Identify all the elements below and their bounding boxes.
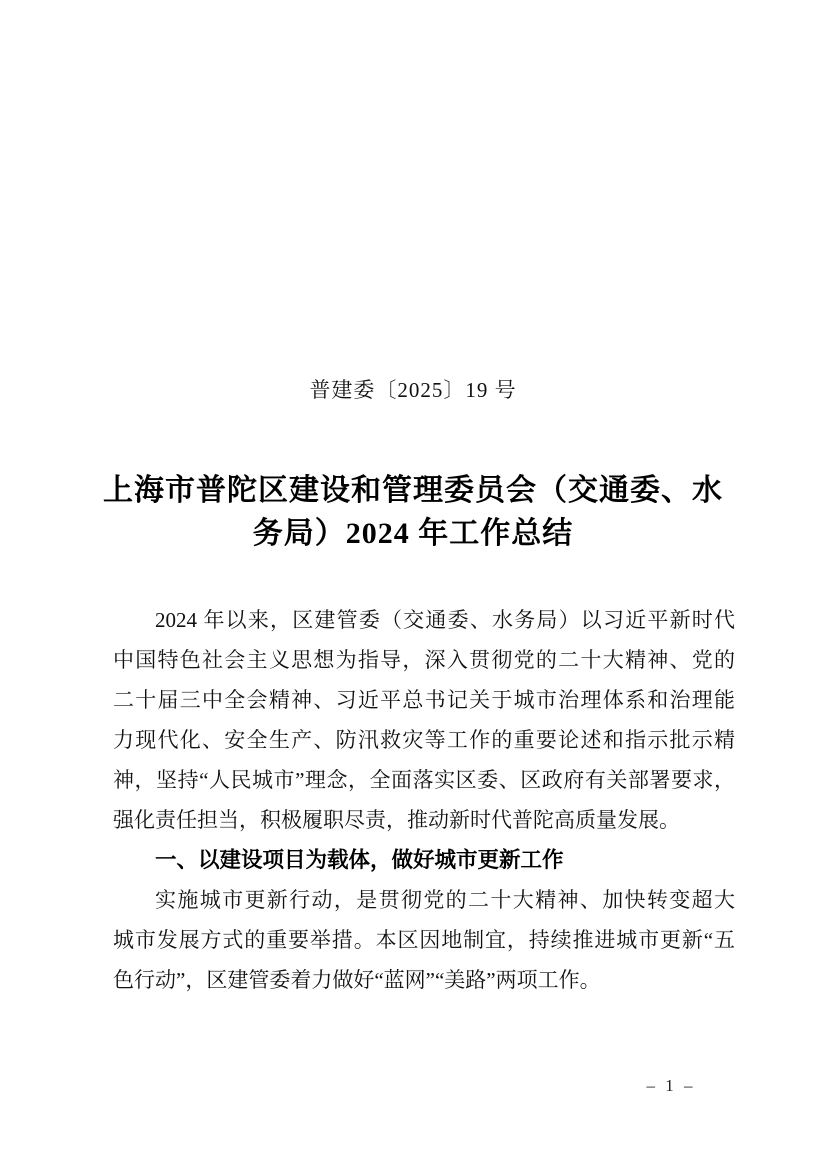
- paragraph2-line: 实施城市更新行动，是贯彻党的二十大精神、加快转变超大: [113, 880, 735, 920]
- document-number: 普建委〔2025〕19 号: [0, 377, 826, 403]
- paragraph1-line: 神，坚持“人民城市”理念，全面落实区委、区政府有关部署要求，: [113, 760, 735, 800]
- page-number: – 1 –: [628, 1074, 714, 1098]
- paragraph1-line: 二十届三中全会精神、习近平总书记关于城市治理体系和治理能: [113, 680, 735, 720]
- section-heading-1: 一、以建设项目为载体，做好城市更新工作: [113, 840, 735, 880]
- paragraph2-line: 色行动”，区建管委着力做好“蓝网”“美路”两项工作。: [113, 960, 735, 1000]
- document-title: 上海市普陀区建设和管理委员会（交通委、水 务局）2024 年工作总结: [93, 469, 733, 555]
- document-title-line1: 上海市普陀区建设和管理委员会（交通委、水: [93, 469, 733, 512]
- paragraph1-line: 强化责任担当，积极履职尽责，推动新时代普陀高质量发展。: [113, 800, 735, 840]
- document-page: 普建委〔2025〕19 号 上海市普陀区建设和管理委员会（交通委、水 务局）20…: [0, 0, 826, 1169]
- paragraph1-line: 中国特色社会主义思想为指导，深入贯彻党的二十大精神、党的: [113, 640, 735, 680]
- paragraph1-line: 力现代化、安全生产、防汛救灾等工作的重要论述和指示批示精: [113, 720, 735, 760]
- document-body: 2024 年以来，区建管委（交通委、水务局）以习近平新时代 中国特色社会主义思想…: [113, 600, 735, 1000]
- document-title-line2: 务局）2024 年工作总结: [93, 512, 733, 555]
- paragraph2-line: 城市发展方式的重要举措。本区因地制宜，持续推进城市更新“五: [113, 920, 735, 960]
- paragraph1-line: 2024 年以来，区建管委（交通委、水务局）以习近平新时代: [113, 600, 735, 640]
